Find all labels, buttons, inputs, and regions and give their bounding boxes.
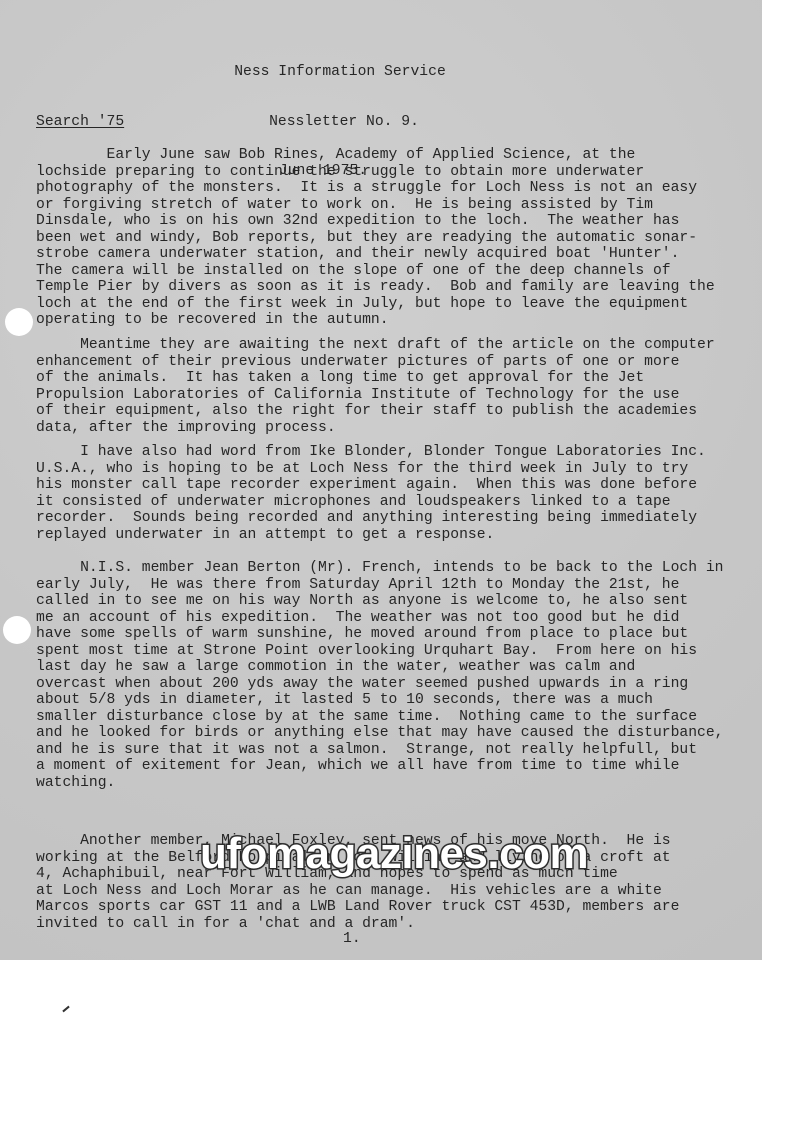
page-number: 1. (343, 931, 361, 948)
section-heading: Search '75 (36, 114, 124, 131)
organization-name: Ness Information Service (0, 64, 690, 81)
paragraph-rines-expedition: Early June saw Bob Rines, Academy of App… (36, 147, 715, 329)
punch-hole (3, 616, 31, 644)
scan-speck (62, 1006, 69, 1013)
punch-hole (5, 308, 33, 336)
newsletter-page: Ness Information Service Nessletter No. … (0, 0, 762, 960)
watermark-logo: ufomagazines.com (200, 832, 588, 876)
paragraph-computer-enhancement: Meantime they are awaiting the next draf… (36, 337, 715, 436)
paragraph-berton-sighting: N.I.S. member Jean Berton (Mr). French, … (36, 560, 724, 791)
paragraph-blonder-experiment: I have also had word from Ike Blonder, B… (36, 444, 706, 543)
